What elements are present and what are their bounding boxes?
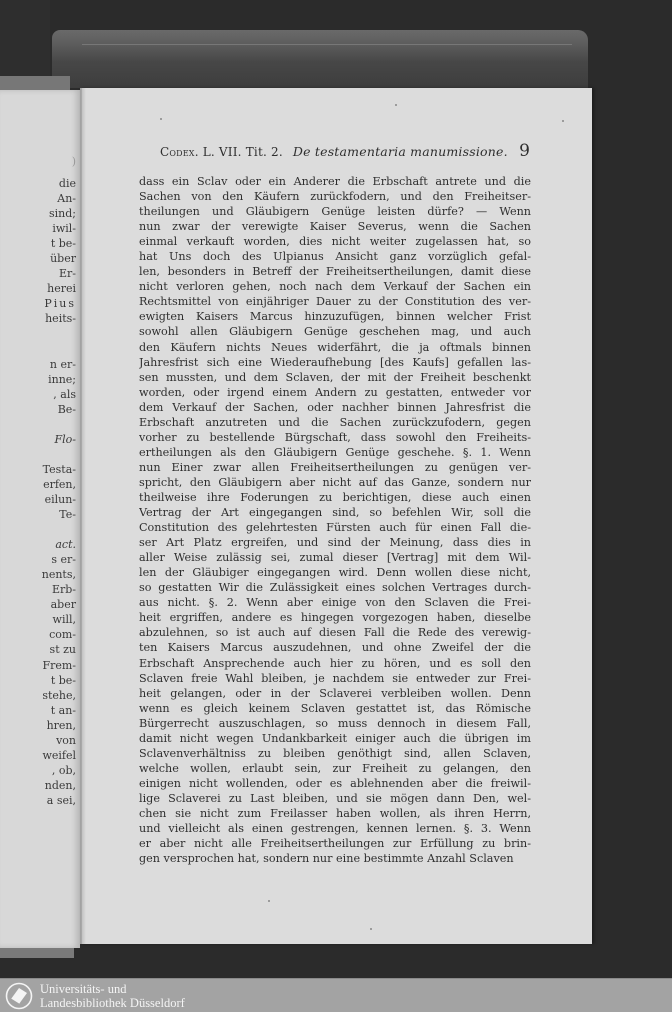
- left-fragment: nden,: [0, 778, 78, 793]
- left-fragment: , als: [0, 387, 78, 402]
- book-logo-icon: [4, 982, 34, 1010]
- page-number: 9: [519, 141, 530, 161]
- text-line: hat Uns doch des Ulpianus Ansicht ganz v…: [139, 249, 531, 264]
- text-line: einigen nicht wollenden, oder es ablehne…: [139, 776, 531, 791]
- left-fragment: Flo-: [0, 432, 78, 447]
- text-line: spricht, den Gläubigern aber nicht auf d…: [139, 475, 531, 490]
- text-line: nun zwar der verewigte Kaiser Severus, w…: [139, 219, 531, 234]
- text-line: dass ein Sclav oder ein Anderer die Erbs…: [139, 174, 531, 189]
- text-line: dem Verkauf der Sachen, oder nachher bin…: [139, 400, 531, 415]
- text-line: und vielleicht als einen gestrengen, ken…: [139, 821, 531, 836]
- left-fragment: a sei,: [0, 793, 78, 808]
- library-name-line1: Universitäts- und: [40, 982, 185, 996]
- text-line: den Käufern nichts Neues widerfährt, die…: [139, 340, 531, 355]
- text-line: heit ergriffen, andere es hingegen vorge…: [139, 610, 531, 625]
- text-line: vorher zu bestellende Bürgschaft, dass s…: [139, 430, 531, 445]
- text-line: ewigten Kaisers Marcus hinzuzufügen, bin…: [139, 309, 531, 324]
- left-fragment: com-: [0, 627, 78, 642]
- left-fragment: von: [0, 733, 78, 748]
- left-page-text: ) die An- sind; iwil- t be- über Er- her…: [0, 176, 78, 808]
- gutter-shadow: [80, 88, 86, 944]
- left-cover-edge: [0, 76, 70, 90]
- left-fragment: Erb-: [0, 582, 78, 597]
- left-fragment: weifel: [0, 748, 78, 763]
- text-line: Sachen von den Käufern zurückfodern, und…: [139, 189, 531, 204]
- left-fragment: act.: [0, 537, 78, 552]
- left-fragment: Pius: [0, 296, 78, 311]
- left-fragment: n er-: [0, 357, 78, 372]
- text-line: sen mussten, und dem Sclaven, der mit de…: [139, 370, 531, 385]
- left-fragment: heits-: [0, 311, 78, 326]
- left-fragment: erfen,: [0, 477, 78, 492]
- book-title: L. VII. Tit. 2.: [203, 145, 283, 159]
- text-line: Sclaven freie Wahl bleiben, je nachdem s…: [139, 671, 531, 686]
- left-fragment: Be-: [0, 402, 78, 417]
- running-head: Codex. L. VII. Tit. 2. De testamentaria …: [160, 141, 530, 165]
- footer-bar: Universitäts- und Landesbibliothek Düsse…: [0, 978, 672, 1012]
- text-line: Jahresfrist sich eine Wiederaufhebung [d…: [139, 355, 531, 370]
- body-text: dass ein Sclav oder ein Anderer die Erbs…: [139, 174, 531, 866]
- text-line: welche wollen, erlaubt sein, zur Freihei…: [139, 761, 531, 776]
- text-line: gen versprochen hat, sondern nur eine be…: [139, 851, 531, 866]
- left-fragment: nents,: [0, 567, 78, 582]
- text-line: einmal verkauft worden, dies nicht weite…: [139, 234, 531, 249]
- left-fragment: , ob,: [0, 763, 78, 778]
- left-fragment: st zu: [0, 642, 78, 657]
- text-line: ertheilungen als den Gläubigern Genüge g…: [139, 445, 531, 460]
- left-fragment: herei: [0, 281, 78, 296]
- left-fragment: die: [0, 176, 78, 191]
- codex-label: Codex.: [160, 145, 199, 159]
- text-line: heit gelangen, oder in der Sclaverei ver…: [139, 686, 531, 701]
- text-line: worden, oder irgend einem Andern zu gest…: [139, 385, 531, 400]
- left-fragment: stehe,: [0, 688, 78, 703]
- text-line: chen sie nicht zum Freilasser haben woll…: [139, 806, 531, 821]
- text-line: er aber nicht alle Freiheitsertheilungen…: [139, 836, 531, 851]
- text-line: sowohl allen Gläubigern Genüge geschehen…: [139, 324, 531, 339]
- left-fragment: Er-: [0, 266, 78, 281]
- text-line: ser Art Platz ergreifen, und sind der Me…: [139, 535, 531, 550]
- left-fragment: iwil-: [0, 221, 78, 236]
- text-line: aus nicht. §. 2. Wenn aber einige von de…: [139, 595, 531, 610]
- left-fragment: aber: [0, 597, 78, 612]
- library-name: Universitäts- und Landesbibliothek Düsse…: [40, 982, 185, 1010]
- left-fragment: über: [0, 251, 78, 266]
- text-line: Bürgerrecht auszuschlagen, so muss denno…: [139, 716, 531, 731]
- text-line: theilweise ihre Foderungen zu berichtige…: [139, 490, 531, 505]
- text-line: Erbschaft anzutreten und die Sachen zurü…: [139, 415, 531, 430]
- left-fragment: t be-: [0, 673, 78, 688]
- left-fragment: will,: [0, 612, 78, 627]
- left-fragment: An-: [0, 191, 78, 206]
- left-fragment: hren,: [0, 718, 78, 733]
- text-line: Constitution des gelehrtesten Fürsten au…: [139, 520, 531, 535]
- text-line: lige Sclaverei zu Last bleiben, und sie …: [139, 791, 531, 806]
- left-fragment: t an-: [0, 703, 78, 718]
- left-fragment: Frem-: [0, 658, 78, 673]
- left-fragment: Testa-: [0, 462, 78, 477]
- text-line: ten Kaisers Marcus auszudehnen, und ohne…: [139, 640, 531, 655]
- text-line: len der Gläubiger eingegangen wird. Denn…: [139, 565, 531, 580]
- left-fragment: Te-: [0, 507, 78, 522]
- text-line: aller Weise zulässig sei, zumal dieser […: [139, 550, 531, 565]
- left-fragment: s er-: [0, 552, 78, 567]
- left-fragment: eilun-: [0, 492, 78, 507]
- text-line: nicht verloren gehen, noch nach dem Verk…: [139, 279, 531, 294]
- left-page-mark: ): [0, 154, 78, 176]
- text-line: Sclavenverhältniss zu bleiben genöthigt …: [139, 746, 531, 761]
- text-line: len, besonders in Betreff der Freiheitse…: [139, 264, 531, 279]
- text-line: Erbschaft Ansprechende auch hier zu höre…: [139, 656, 531, 671]
- left-fragment: t be-: [0, 236, 78, 251]
- library-name-line2: Landesbibliothek Düsseldorf: [40, 996, 185, 1010]
- section-title: De testamentaria manumissione.: [293, 144, 508, 159]
- left-fragment: sind;: [0, 206, 78, 221]
- text-line: nun Einer zwar allen Freiheitsertheilung…: [139, 460, 531, 475]
- running-head-left: Codex. L. VII. Tit. 2. De testamentaria …: [160, 144, 508, 159]
- left-fragment: inne;: [0, 372, 78, 387]
- text-line: wenn es gleich keinem Sclaven gestattet …: [139, 701, 531, 716]
- text-line: damit nicht wegen Undankbarkeit einiger …: [139, 731, 531, 746]
- text-line: Vertrag der Art eingegangen sind, so bef…: [139, 505, 531, 520]
- book-top-edge: [52, 30, 588, 88]
- text-line: Rechtsmittel von einjähriger Dauer zu de…: [139, 294, 531, 309]
- text-line: abzulehnen, so ist auch auf diesen Fall …: [139, 625, 531, 640]
- text-line: so gestatten Wir die Zulässigkeit eines …: [139, 580, 531, 595]
- text-line: theilungen und Gläubigern Genüge leisten…: [139, 204, 531, 219]
